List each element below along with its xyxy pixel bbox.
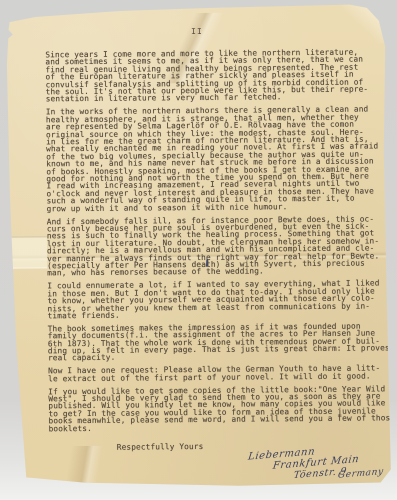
paragraph: Now I have one request: Please allow the… — [48, 365, 383, 383]
handwritten-signature: Liebermann Frankfurt Main Töenstr. 9 Ger… — [226, 441, 388, 490]
paragraph: And if somebody falls ill, as for instan… — [47, 215, 383, 277]
corner-fold — [342, 3, 388, 43]
page-number: II — [191, 27, 203, 36]
paragraph: Since years I come more and more to like… — [45, 48, 380, 103]
paragraph: The book sometimes makes the impression … — [48, 322, 383, 362]
paragraph: I could ennumerate a lot, if I wanted to… — [47, 280, 382, 320]
closing-salutation: Respectfully Yours — [117, 442, 204, 452]
paragraph: If you would like to get some copies of … — [48, 385, 383, 432]
paragraph: In the works of the northern authors the… — [46, 106, 382, 213]
letter-page: II Since years I come more and more to l… — [5, 3, 392, 489]
tape-patch — [5, 236, 47, 268]
letter-body: Since years I come more and more to like… — [45, 48, 383, 438]
